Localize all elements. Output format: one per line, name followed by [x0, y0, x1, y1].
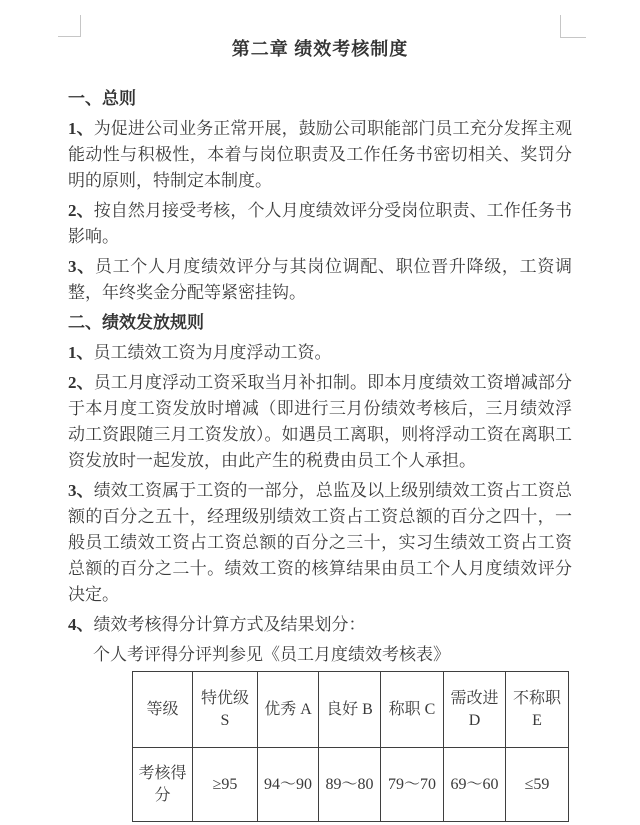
- chapter-title: 第二章 绩效考核制度: [68, 36, 572, 62]
- paragraph-text: 按自然月接受考核，个人月度绩效评分受岗位职责、工作任务书影响。: [68, 201, 572, 246]
- grade-table: 等级 特优级 S 优秀 A 良好 B 称职 C 需改进 D 不称职 E 考核得分…: [132, 671, 569, 822]
- paragraph-number: 2、: [68, 373, 94, 392]
- score-cell-a: 94～90: [258, 748, 319, 822]
- paragraph: 3、绩效工资属于工资的一部分，总监及以上级别绩效工资占工资总额的百分之五十，经理…: [68, 478, 572, 608]
- table-reference-note: 个人考评得分评判参见《员工月度绩效考核表》: [68, 642, 572, 668]
- paragraph: 1、员工绩效工资为月度浮动工资。: [68, 340, 572, 366]
- paragraph-text: 绩效工资属于工资的一部分，总监及以上级别绩效工资占工资总额的百分之五十，经理级别…: [68, 481, 572, 604]
- grade-table-score-row: 考核得分 ≥95 94～90 89～80 79～70 69～60 ≤59: [133, 748, 569, 822]
- paragraph: 2、按自然月接受考核，个人月度绩效评分受岗位职责、工作任务书影响。: [68, 198, 572, 250]
- header-cell-grade-d: 需改进 D: [444, 672, 506, 748]
- paragraph: 2、员工月度浮动工资采取当月补扣制。即本月度绩效工资增减部分于本月度工资发放时增…: [68, 370, 572, 474]
- score-cell-b: 89～80: [319, 748, 381, 822]
- section-heading-1: 一、总则: [68, 86, 572, 112]
- grade-table-header-row: 等级 特优级 S 优秀 A 良好 B 称职 C 需改进 D 不称职 E: [133, 672, 569, 748]
- margin-crop-mark-left: [58, 15, 81, 37]
- paragraph-number: 4、: [68, 615, 94, 634]
- paragraph-number: 3、: [68, 481, 94, 500]
- paragraph-text: 为促进公司业务正常开展，鼓励公司职能部门员工充分发挥主观能动性与积极性，本着与岗…: [68, 119, 572, 190]
- paragraph-number: 2、: [68, 201, 94, 220]
- paragraph: 4、绩效考核得分计算方式及结果划分：: [68, 612, 572, 638]
- header-cell-grade-b: 良好 B: [319, 672, 381, 748]
- paragraph-number: 1、: [68, 343, 94, 362]
- paragraph-text: 员工月度浮动工资采取当月补扣制。即本月度绩效工资增减部分于本月度工资发放时增减（…: [68, 373, 572, 470]
- header-cell-grade-label: 等级: [133, 672, 193, 748]
- paragraph: 3、员工个人月度绩效评分与其岗位调配、职位晋升降级，工资调整，年终奖金分配等紧密…: [68, 254, 572, 306]
- header-cell-grade-e: 不称职 E: [506, 672, 569, 748]
- paragraph-text: 员工绩效工资为月度浮动工资。: [94, 343, 332, 362]
- paragraph-number: 1、: [68, 119, 94, 138]
- header-cell-grade-a: 优秀 A: [258, 672, 319, 748]
- paragraph-text: 员工个人月度绩效评分与其岗位调配、职位晋升降级，工资调整，年终奖金分配等紧密挂钩…: [68, 257, 572, 302]
- score-row-label: 考核得分: [133, 748, 193, 822]
- score-cell-c: 79～70: [381, 748, 444, 822]
- paragraph-number: 3、: [68, 257, 95, 276]
- score-cell-e: ≤59: [506, 748, 569, 822]
- header-cell-grade-c: 称职 C: [381, 672, 444, 748]
- section-heading-2: 二、绩效发放规则: [68, 310, 572, 336]
- margin-crop-mark-right: [560, 15, 586, 38]
- paragraph-text: 绩效考核得分计算方式及结果划分：: [94, 615, 366, 634]
- header-cell-grade-s: 特优级 S: [193, 672, 258, 748]
- document-body: 第二章 绩效考核制度 一、总则 1、为促进公司业务正常开展，鼓励公司职能部门员工…: [0, 0, 640, 822]
- score-cell-d: 69～60: [444, 748, 506, 822]
- document-page: 第二章 绩效考核制度 一、总则 1、为促进公司业务正常开展，鼓励公司职能部门员工…: [0, 0, 640, 825]
- paragraph: 1、为促进公司业务正常开展，鼓励公司职能部门员工充分发挥主观能动性与积极性，本着…: [68, 116, 572, 194]
- score-cell-s: ≥95: [193, 748, 258, 822]
